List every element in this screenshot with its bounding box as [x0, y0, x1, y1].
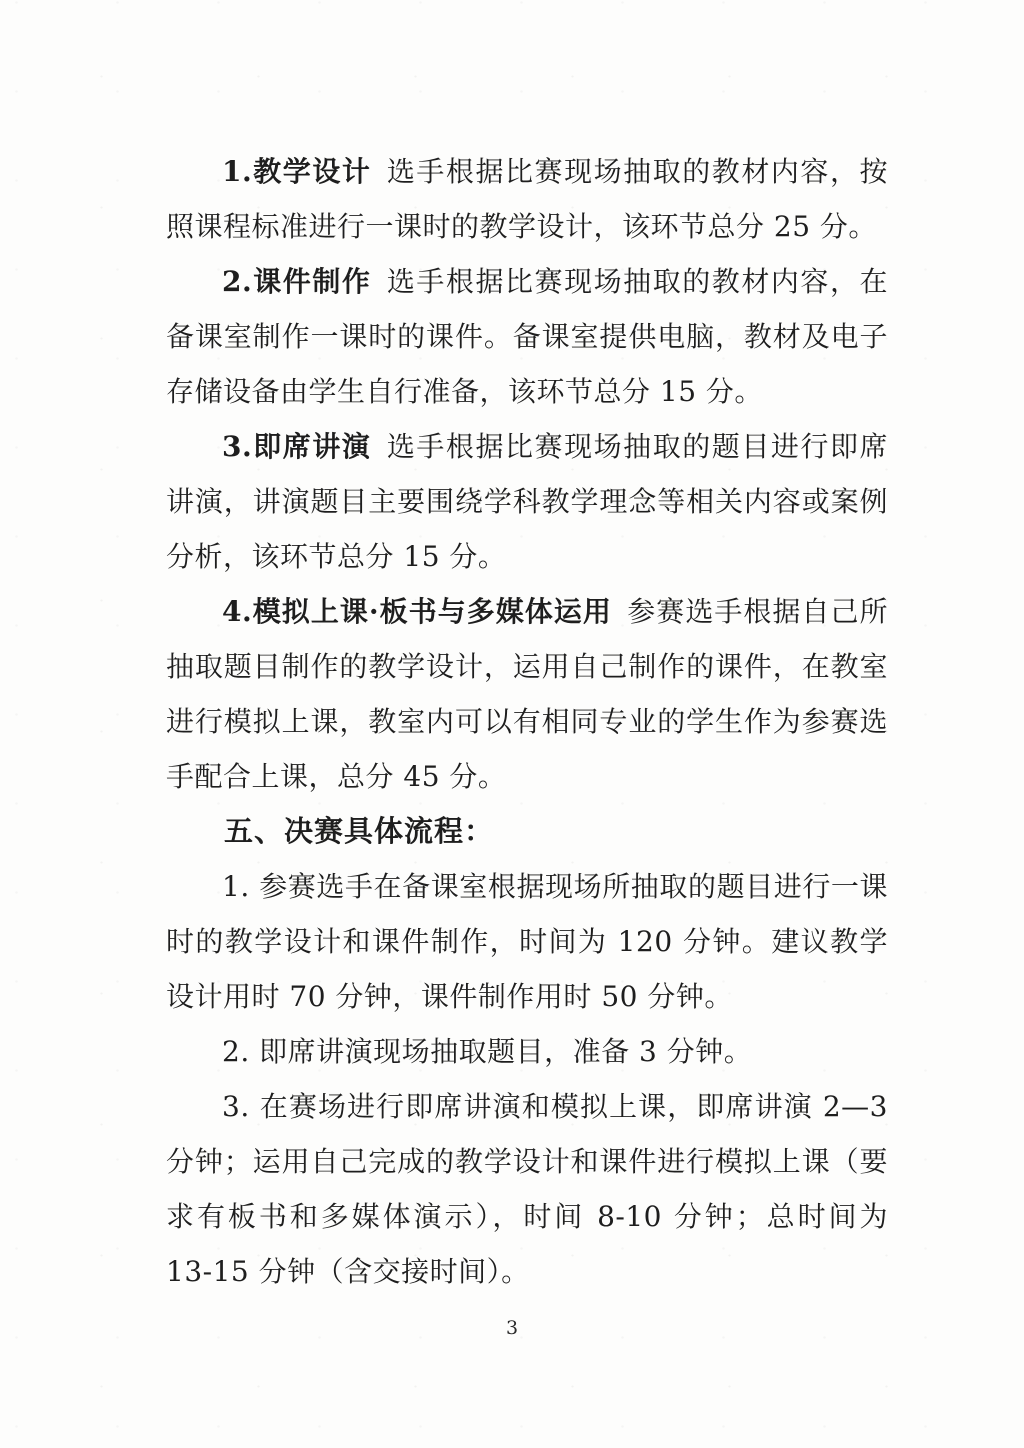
scoring-item-1: 1.教学设计选手根据比赛现场抽取的教材内容，按照课程标准进行一课时的教学设计，该… [166, 144, 888, 254]
scoring-item-3-title: 3.即席讲演 [222, 430, 371, 463]
scoring-item-2-title: 2.课件制作 [222, 265, 371, 298]
step-2: 2. 即席讲演现场抽取题目，准备 3 分钟。 [166, 1024, 888, 1079]
section-heading: 五、决赛具体流程： [166, 804, 888, 859]
scoring-item-1-title: 1.教学设计 [222, 155, 371, 188]
document-page: 1.教学设计选手根据比赛现场抽取的教材内容，按照课程标准进行一课时的教学设计，该… [0, 0, 1024, 1448]
step-3: 3. 在赛场进行即席讲演和模拟上课，即席讲演 2—3 分钟；运用自己完成的教学设… [166, 1079, 888, 1299]
document-body: 1.教学设计选手根据比赛现场抽取的教材内容，按照课程标准进行一课时的教学设计，该… [166, 144, 888, 1299]
scoring-item-2: 2.课件制作选手根据比赛现场抽取的教材内容，在备课室制作一课时的课件。备课室提供… [166, 254, 888, 419]
scoring-item-4-title: 4.模拟上课·板书与多媒体运用 [222, 595, 612, 628]
step-1: 1. 参赛选手在备课室根据现场所抽取的题目进行一课时的教学设计和课件制作，时间为… [166, 859, 888, 1024]
scoring-item-3: 3.即席讲演选手根据比赛现场抽取的题目进行即席讲演，讲演题目主要围绕学科教学理念… [166, 419, 888, 584]
scoring-item-4: 4.模拟上课·板书与多媒体运用参赛选手根据自己所抽取题目制作的教学设计，运用自己… [166, 584, 888, 804]
page-number: 3 [0, 1316, 1024, 1340]
